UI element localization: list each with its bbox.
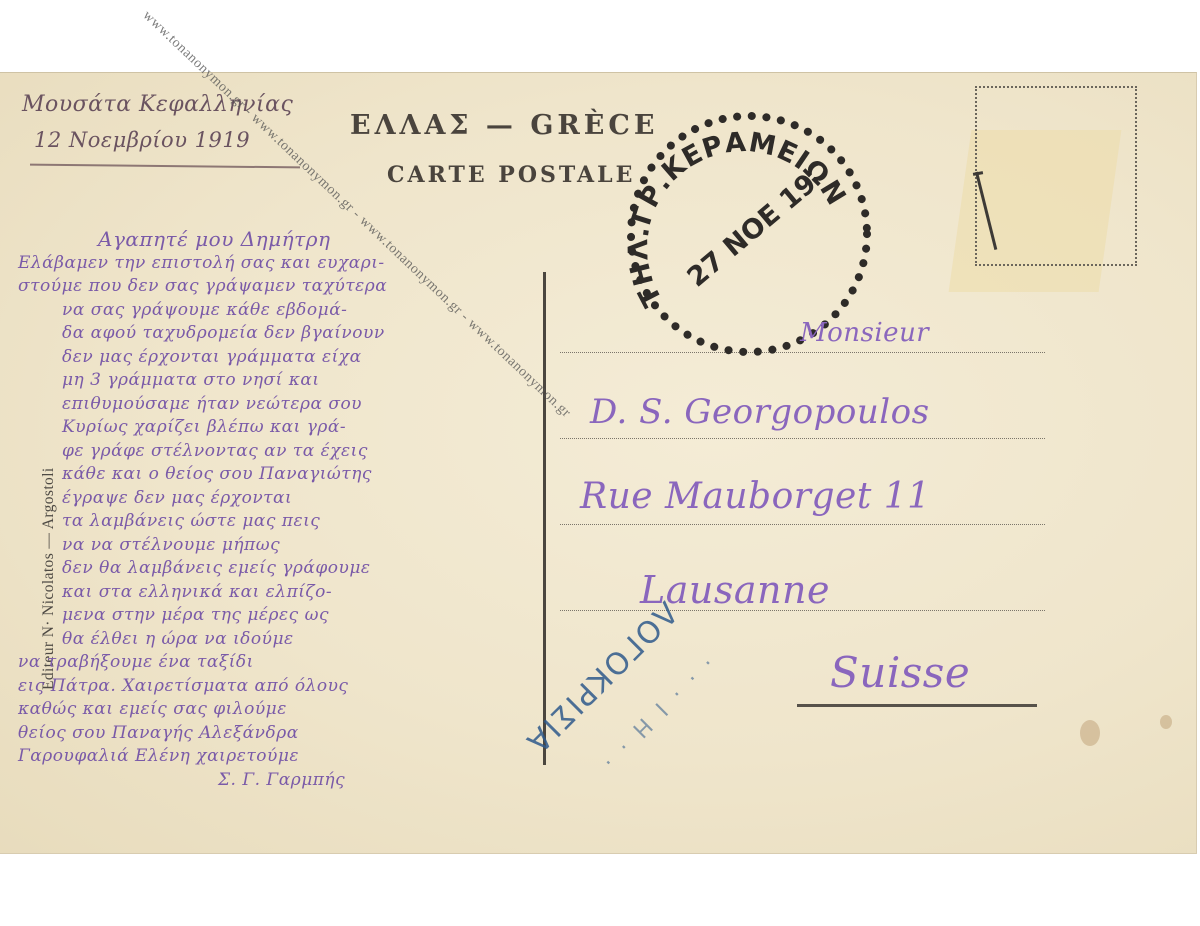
handwritten-message: Αγαπητέ μου Δημήτρη Ελάβαμεν την επιστολ… [18,228,387,792]
address-underline [797,704,1037,707]
header-country: ΕΛΛΑΣ — GRÈCE [350,110,658,141]
stamp-box [975,86,1137,266]
header-carte-postale: CARTE POSTALE [387,162,635,188]
postmark-date: 27 NOE 19 [682,168,823,293]
address-line [560,438,1045,439]
age-stain [1160,715,1172,729]
address-city: Lausanne [640,568,830,612]
address-street: Rue Mauborget 11 [580,476,931,517]
sender-date: 12 Νοεμβρίου 1919 [34,128,250,152]
address-name: D. S. Georgopoulos [590,392,930,432]
age-stain [1080,720,1100,746]
address-salutation: Monsieur [800,318,929,348]
address-line [560,524,1045,525]
address-country: Suisse [830,648,970,697]
censor-text: ΛΟΓΟΚΡΙΣΙΑ [518,594,684,760]
